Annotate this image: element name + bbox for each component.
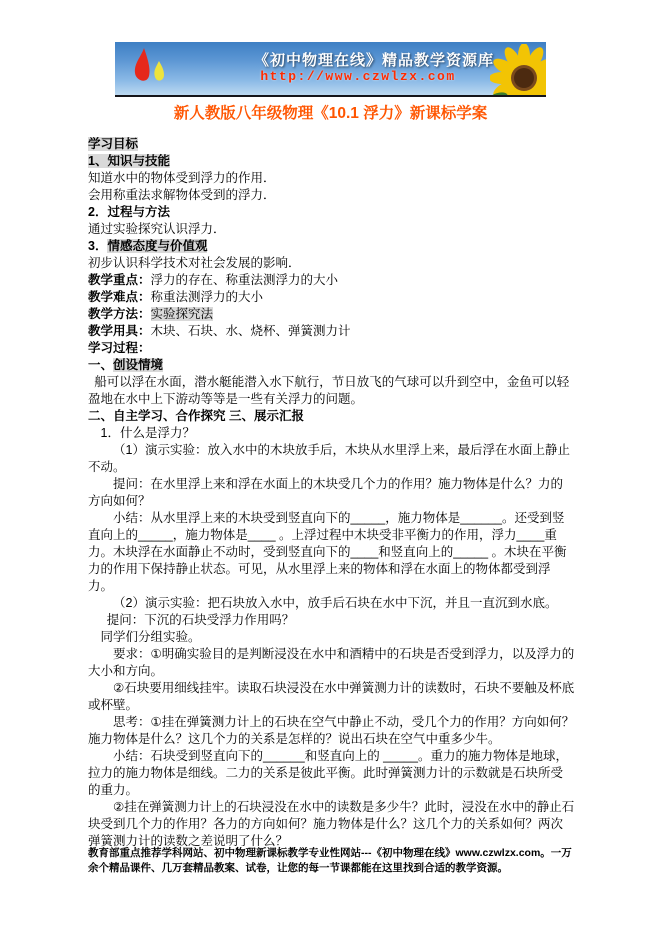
body-text: 提问：在水里浮上来和浮在水面上的木块受几个力的作用？施力物体是什么？力的方向如何… bbox=[88, 477, 563, 508]
paragraph: 提问：在水里浮上来和浮在水面上的木块受几个力的作用？施力物体是什么？力的方向如何… bbox=[88, 476, 575, 510]
body-text: 知道水中的物体受到浮力的作用． bbox=[88, 171, 276, 185]
paragraph: 要求：①明确实验目的是判断浸没在水中和酒精中的石块是否受到浮力，以及浮力的大小和… bbox=[88, 646, 575, 680]
paragraph: 1．什么是浮力？ bbox=[88, 425, 575, 442]
paragraph: 2．过程与方法 bbox=[88, 204, 575, 221]
paragraph: 1、知识与技能 bbox=[88, 153, 575, 170]
paragraph: 学习目标 bbox=[88, 136, 575, 153]
paragraph: 初步认识科学技术对社会发展的影响． bbox=[88, 255, 575, 272]
body-text: （1）演示实验：放入水中的木块放手后，木块从水里浮上来，最后浮在水面上静止不动。 bbox=[88, 443, 570, 474]
body-text: 船可以浮在水面，潜水艇能潜入水下航行，节日放飞的气球可以升到空中，金鱼可以轻盈地… bbox=[88, 375, 569, 406]
page-title: 新人教版八年级物理《10.1 浮力》新课标学案 bbox=[60, 101, 601, 123]
document-body: 学习目标1、知识与技能知道水中的物体受到浮力的作用．会用称重法求解物体受到的浮力… bbox=[88, 136, 575, 850]
body-text: 会用称重法求解物体受到的浮力． bbox=[88, 188, 276, 202]
paragraph: ②石块要用细线挂牢。读取石块浸没在水中弹簧测力计的读数时，石块不要触及杯底或杯壁… bbox=[88, 680, 575, 714]
heading-text: 教学方法： bbox=[88, 307, 151, 321]
heading-text: 情感态度与价值观 bbox=[107, 239, 207, 253]
body-text: （2）演示实验：把石块放入水中，放手后石块在水中下沉，并且一直沉到水底。 bbox=[113, 596, 557, 610]
paragraph: 教学难点：称重法测浮力的大小 bbox=[88, 289, 575, 306]
body-text: 称重法测浮力的大小 bbox=[151, 290, 264, 304]
heading-text: 教学重点： bbox=[88, 273, 151, 287]
paragraph: ②挂在弹簧测力计上的石块浸没在水中的读数是多少牛？此时，浸没在水中的静止石块受到… bbox=[88, 799, 575, 850]
paragraph: 知道水中的物体受到浮力的作用． bbox=[88, 170, 575, 187]
banner-site-url[interactable]: http://www.czwlzx.com bbox=[210, 69, 506, 84]
paragraph: 教学用具：木块、石块、水、烧杯、弹簧测力计 bbox=[88, 323, 575, 340]
document-page: 《初中物理在线》精品教学资源库 http://www.czwlzx.com bbox=[0, 0, 661, 936]
paragraph: 通过实验探究认识浮力． bbox=[88, 221, 575, 238]
body-text: ②石块要用细线挂牢。读取石块浸没在水中弹簧测力计的读数时，石块不要触及杯底或杯壁… bbox=[88, 681, 574, 712]
body-text: 初步认识科学技术对社会发展的影响． bbox=[88, 256, 301, 270]
heading-text: 1、知识与技能 bbox=[88, 154, 170, 168]
heading-text: 教学用具： bbox=[88, 324, 151, 338]
paragraph: 教学重点：浮力的存在、称重法测浮力的大小 bbox=[88, 272, 575, 289]
body-text: 要求：①明确实验目的是判断浸没在水中和酒精中的石块是否受到浮力，以及浮力的大小和… bbox=[88, 647, 574, 678]
heading-text: 二、自主学习、合作探究 三、展示汇报 bbox=[88, 409, 304, 423]
paragraph: 船可以浮在水面，潜水艇能潜入水下航行，节日放飞的气球可以升到空中，金鱼可以轻盈地… bbox=[88, 374, 575, 408]
heading-text: 3． bbox=[88, 239, 107, 253]
body-text: 小结：石块受到竖直向下的______和竖直向上的 _____。重力的施力物体是地… bbox=[88, 749, 568, 797]
footer-text: 教育部重点推荐学科网站、初中物理新课标教学专业性网站---《初中物理在线》www… bbox=[88, 846, 575, 876]
body-text: ②挂在弹簧测力计上的石块浸没在水中的读数是多少牛？此时，浸没在水中的静止石块受到… bbox=[88, 800, 574, 848]
paragraph: 提问：下沉的石块受浮力作用吗？ bbox=[88, 612, 575, 629]
paragraph: 二、自主学习、合作探究 三、展示汇报 bbox=[88, 408, 575, 425]
paragraph: （1）演示实验：放入水中的木块放手后，木块从水里浮上来，最后浮在水面上静止不动。 bbox=[88, 442, 575, 476]
body-text: 通过实验探究认识浮力． bbox=[88, 222, 226, 236]
paragraph: （2）演示实验：把石块放入水中，放手后石块在水中下沉，并且一直沉到水底。 bbox=[88, 595, 575, 612]
body-text: 实验探究法 bbox=[151, 307, 214, 321]
paragraph: 思考：①挂在弹簧测力计上的石块在空气中静止不动，受几个力的作用？方向如何？施力物… bbox=[88, 714, 575, 748]
heading-text: 一、 bbox=[88, 358, 113, 372]
paragraph: 小结：从水里浮上来的木块受到竖直向下的_____，施力物体是______。还受到… bbox=[88, 510, 575, 595]
heading-text: 学习过程： bbox=[88, 341, 151, 355]
heading-text: 学习目标 bbox=[88, 137, 138, 151]
flame-logo-icon bbox=[128, 47, 178, 94]
paragraph: 学习过程： bbox=[88, 340, 575, 357]
body-text: 木块、石块、水、烧杯、弹簧测力计 bbox=[151, 324, 351, 338]
body-text: 小结：从水里浮上来的木块受到竖直向下的_____，施力物体是______。还受到… bbox=[88, 511, 567, 593]
paragraph: 一、创设情境 bbox=[88, 357, 575, 374]
body-text: 1．什么是浮力？ bbox=[101, 426, 195, 440]
paragraph: 同学们分组实验。 bbox=[88, 629, 575, 646]
heading-text: 创设情境 bbox=[113, 358, 163, 372]
paragraph: 会用称重法求解物体受到的浮力． bbox=[88, 187, 575, 204]
body-text: 思考：①挂在弹簧测力计上的石块在空气中静止不动，受几个力的作用？方向如何？施力物… bbox=[88, 715, 574, 746]
paragraph: 小结：石块受到竖直向下的______和竖直向上的 _____。重力的施力物体是地… bbox=[88, 748, 575, 799]
body-text: 浮力的存在、称重法测浮力的大小 bbox=[151, 273, 339, 287]
site-banner: 《初中物理在线》精品教学资源库 http://www.czwlzx.com bbox=[115, 42, 546, 97]
body-text: 同学们分组实验。 bbox=[101, 630, 201, 644]
banner-site-title: 《初中物理在线》精品教学资源库 bbox=[210, 49, 538, 70]
body-text: 提问：下沉的石块受浮力作用吗？ bbox=[107, 613, 295, 627]
heading-text: 教学难点： bbox=[88, 290, 151, 304]
heading-text: 2．过程与方法 bbox=[88, 205, 170, 219]
paragraph: 3．情感态度与价值观 bbox=[88, 238, 575, 255]
sunflower-icon bbox=[490, 44, 546, 97]
paragraph: 教学方法：实验探究法 bbox=[88, 306, 575, 323]
